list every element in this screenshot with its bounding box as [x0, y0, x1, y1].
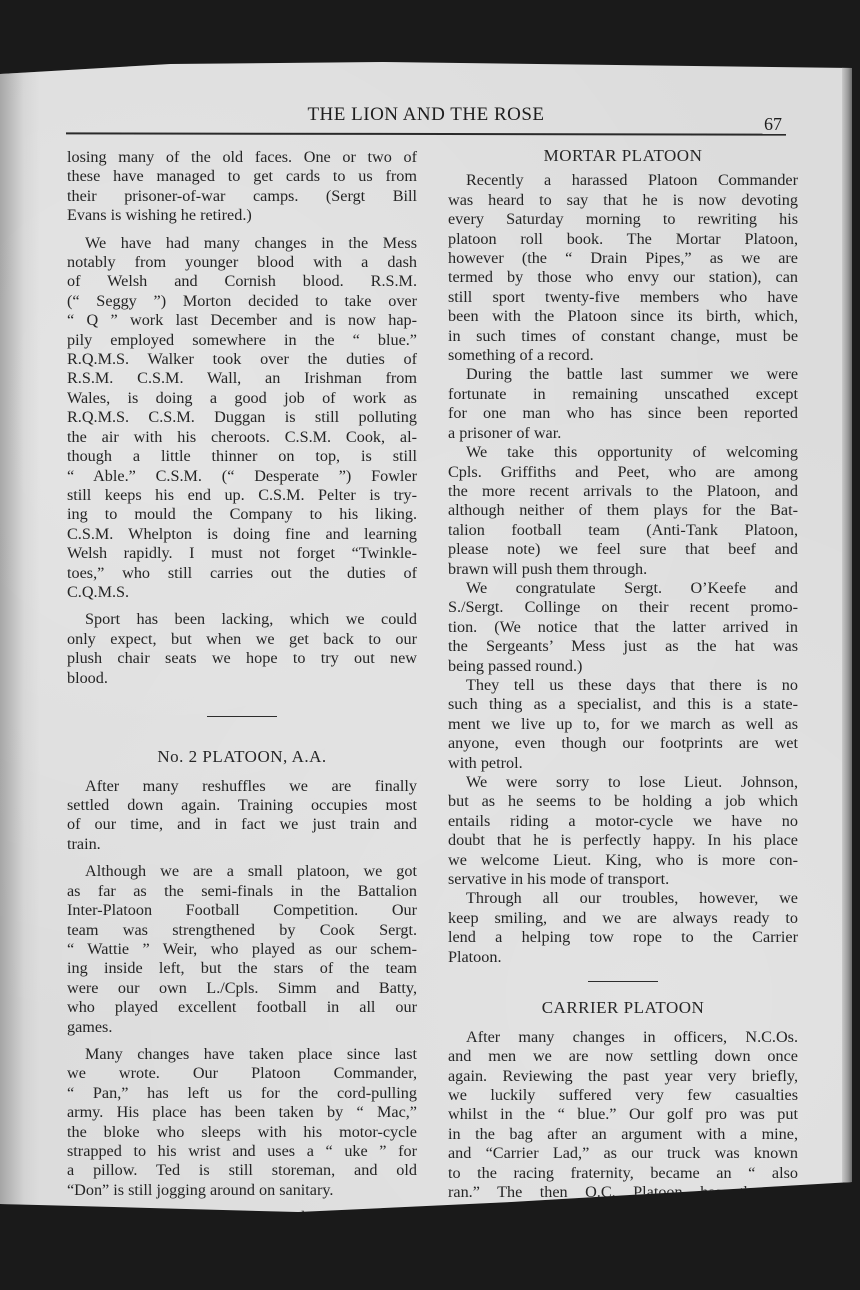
- text-line: Welsh rapidly. I must not forget “Twinkl…: [67, 544, 417, 563]
- text-line: although neither of them plays for the B…: [448, 501, 798, 520]
- text-line: whilst in the “ blue.” Our golf pro was …: [448, 1105, 798, 1124]
- text-line: Dawson, hoping they are doing well where…: [67, 1247, 417, 1266]
- text-line: army. His place has been taken by “ Mac,…: [67, 1103, 417, 1122]
- text-line: keep smiling, and we are always ready to: [448, 909, 798, 928]
- page-edge: [842, 62, 852, 1232]
- text-line: servative in his mode of transport.: [448, 870, 798, 889]
- paragraph: We take this opportunity of welcomingCpl…: [448, 443, 798, 579]
- text-line: fortunate in remaining unscathed except: [448, 385, 798, 404]
- text-line: ment we live up to, for we march as well…: [448, 715, 798, 734]
- text-line: the more recent arrivals to the Platoon,…: [448, 482, 798, 501]
- text-line: team was strengthened by Cook Sergt.: [67, 921, 417, 940]
- text-line: We have had many changes in the Mess: [67, 234, 417, 253]
- text-line: pily employed somewhere in the “ blue.”: [67, 331, 417, 350]
- text-line: losing many of the old faces. One or two…: [67, 148, 417, 167]
- left-column: losing many of the old faces. One or two…: [67, 148, 417, 1290]
- text-line: “ Pan,” has left us for the cord-pulling: [67, 1084, 417, 1103]
- text-line: C.Q.M.S.: [67, 583, 417, 602]
- paragraph: We were sorry to lose Lieut. Johnson,but…: [448, 773, 798, 889]
- text-line: the air with his cheroots. C.S.M. Cook, …: [67, 428, 417, 447]
- text-line: toes,” who still carries out the duties …: [67, 564, 417, 583]
- text-line: talion football team (Anti-Tank Platoon,: [448, 521, 798, 540]
- text-line: were our own L./Cpls. Simm and Batty,: [67, 979, 417, 998]
- section-heading: MORTAR PLATOON: [448, 146, 798, 165]
- text-line: such thing as a specialist, and this is …: [448, 695, 798, 714]
- text-line: Sergt. Charnley and L./Cpls. Simms and: [67, 1228, 417, 1247]
- paragraph: Many changes have taken place since last…: [67, 1045, 417, 1200]
- text-line: anyone, even though our footprints are w…: [448, 734, 798, 753]
- text-line: “ Able.” C.S.M. (“ Desperate ”) Fowler: [67, 467, 417, 486]
- paragraph: Sport has been lacking, which we couldon…: [67, 610, 417, 688]
- text-line: in such times of constant change, must b…: [448, 327, 798, 346]
- right-column: MORTAR PLATOON Recently a harassed Plato…: [448, 148, 798, 1261]
- text-line: platoon roll book. The Mortar Platoon,: [448, 230, 798, 249]
- text-line: still keeps his end up. C.S.M. Pelter is…: [67, 486, 417, 505]
- text-line: (“ Seggy ”) Morton decided to take over: [67, 292, 417, 311]
- text-line: blood.: [67, 669, 417, 688]
- text-line: strapped to his wrist and uses a “ uke ”…: [67, 1142, 417, 1161]
- section-heading: No. 2 PLATOON, A.A.: [67, 747, 417, 766]
- paragraph: Recently a harassed Platoon Commanderwas…: [448, 171, 798, 365]
- text-line: “ Q ” work last December and is now hap-: [67, 311, 417, 330]
- text-line: Through all our troubles, however, we: [448, 889, 798, 908]
- text-line: plush chair seats we hope to try out new: [67, 649, 417, 668]
- text-line: We take this opportunity of welcoming: [448, 443, 798, 462]
- text-line: ran.” The then O.C. Platoon has the un-: [448, 1183, 798, 1202]
- text-line: please note) we feel sure that beef and: [448, 540, 798, 559]
- section-heading: CARRIER PLATOON: [448, 998, 798, 1017]
- section-carrier-platoon: CARRIER PLATOON After many changes in of…: [448, 998, 798, 1260]
- text-line: Although we are a small platoon, we got: [67, 862, 417, 881]
- text-line: ing inside left, but the stars of the te…: [67, 959, 417, 978]
- text-line: been with the Platoon since its birth, w…: [448, 307, 798, 326]
- text-line: lend a helping tow rope to the Carrier: [448, 928, 798, 947]
- text-line: After many reshuffles we are finally: [67, 777, 417, 796]
- text-line: C.S.M. Whelpton is doing fine and learni…: [67, 525, 417, 544]
- text-line: Many changes have taken place since last: [67, 1045, 417, 1064]
- text-line: challenged distinction of being in the l…: [448, 1202, 798, 1221]
- text-line: entails riding a motor-cycle we have no: [448, 812, 798, 831]
- text-line: games.: [67, 1018, 417, 1037]
- text-line: we luckily suffered very few casualties: [448, 1086, 798, 1105]
- text-line: We congratulate Sergt. O’Keefe and: [448, 579, 798, 598]
- text-line: who played excellent football in all our: [67, 998, 417, 1017]
- paragraph: Through all our troubles, however, wekee…: [448, 889, 798, 967]
- text-line: as far as the semi-finals in the Battali…: [67, 882, 417, 901]
- paragraph: During the battle last summer we werefor…: [448, 365, 798, 443]
- text-line: ever they may be.: [67, 1266, 417, 1285]
- text-line: Sport has been lacking, which we could: [67, 610, 417, 629]
- paragraph: losing many of the old faces. One or two…: [67, 148, 417, 226]
- section-no2-platoon: No. 2 PLATOON, A.A. After many reshuffle…: [67, 747, 417, 1286]
- section-mortar-platoon: MORTAR PLATOON Recently a harassed Plato…: [448, 146, 798, 967]
- text-line: ing to mould the Company to his liking.: [67, 505, 417, 524]
- text-line: R.Q.M.S. C.S.M. Duggan is still pollutin…: [67, 408, 417, 427]
- text-line: S./Sergt. Collinge on their recent promo…: [448, 598, 798, 617]
- text-line: still sport twenty-five members who have: [448, 288, 798, 307]
- text-line: “ Wattie ” Weir, who played as our schem…: [67, 940, 417, 959]
- text-line: only expect, but when we get back to our: [67, 630, 417, 649]
- section-separator: [207, 716, 277, 717]
- header-rule: [66, 132, 786, 135]
- text-line: a pillow. Ted is still storeman, and old: [67, 1161, 417, 1180]
- text-line: doubt that he is perfectly happy. In his…: [448, 831, 798, 850]
- text-line: Platoon.: [448, 948, 798, 967]
- paragraph: After many reshuffles we are finallysett…: [67, 777, 417, 855]
- text-line: “Don” is still jogging around on sanitar…: [67, 1181, 417, 1200]
- text-line: every Saturday morning to rewriting his: [448, 210, 798, 229]
- text-line: to the racing fraternity, became an “ al…: [448, 1164, 798, 1183]
- text-line: of our time, and in fact we just train a…: [67, 815, 417, 834]
- paragraph: Although we are a small platoon, we gota…: [67, 862, 417, 1037]
- text-line: we welcome Lieut. King, who is more con-: [448, 851, 798, 870]
- text-line: During the battle last summer we were: [448, 365, 798, 384]
- text-line: was heard to say that he is now devoting: [448, 191, 798, 210]
- text-line: though a little thinner on top, is still: [67, 447, 417, 466]
- text-line: we wrote. Our Platoon Commander,: [67, 1064, 417, 1083]
- text-line: however (the “ Drain Pipes,” as we are: [448, 249, 798, 268]
- text-line: settled down again. Training occupies mo…: [67, 796, 417, 815]
- book-page: THE LION AND THE ROSE 67 losing many of …: [0, 62, 852, 1232]
- text-line: something of a record.: [448, 346, 798, 365]
- text-line: but as he seems to be holding a job whic…: [448, 792, 798, 811]
- scan-background: THE LION AND THE ROSE 67 losing many of …: [0, 0, 860, 1290]
- paragraph: We have had many changes in the Messnota…: [67, 234, 417, 603]
- page-number: 67: [764, 114, 782, 135]
- section-separator: [588, 981, 658, 982]
- text-line: with petrol.: [448, 754, 798, 773]
- text-line: They tell us these days that there is no: [448, 676, 798, 695]
- text-line: Recently a harassed Platoon Commander: [448, 171, 798, 190]
- text-line: R.Q.M.S. Walker took over the duties of: [67, 350, 417, 369]
- text-line: and “Carrier Lad,” as our truck was know…: [448, 1144, 798, 1163]
- text-line: Cpls. Griffiths and Peet, who are among: [448, 463, 798, 482]
- text-line: brawn will push them through.: [448, 560, 798, 579]
- page-gutter-shadow: [0, 62, 40, 1232]
- text-line: In closing, we send our best wishes to: [67, 1208, 417, 1227]
- text-line: After many changes in officers, N.C.Os.: [448, 1028, 798, 1047]
- text-line: the Sergeants’ Mess just as the hat was: [448, 637, 798, 656]
- running-head: THE LION AND THE ROSE 67: [66, 100, 786, 140]
- text-line: We were sorry to lose Lieut. Johnson,: [448, 773, 798, 792]
- paragraph: In closing, we send our best wishes toSe…: [67, 1208, 417, 1286]
- text-line: notably from younger blood with a dash: [67, 253, 417, 272]
- paragraph: They tell us these days that there is no…: [448, 676, 798, 773]
- text-line: Evans is wishing he retired.): [67, 206, 417, 225]
- text-line: now left us to become Adjutant.: [448, 1241, 798, 1260]
- text-line: a prisoner of war.: [448, 424, 798, 443]
- text-line: these have managed to get cards to us fr…: [67, 167, 417, 186]
- text-line: the bloke who sleeps with his motor-cycl…: [67, 1123, 417, 1142]
- text-line: Inter-Platoon Football Competition. Our: [67, 901, 417, 920]
- text-line: for one man who has since been reported: [448, 404, 798, 423]
- text-line: being passed round.): [448, 657, 798, 676]
- text-line: in the bag after an argument with a mine…: [448, 1125, 798, 1144]
- text-line: again. Reviewing the past year very brie…: [448, 1067, 798, 1086]
- text-line: Wales, is doing a good job of work as: [67, 389, 417, 408]
- paragraph: We congratulate Sergt. O’Keefe andS./Ser…: [448, 579, 798, 676]
- text-line: carrier out of Matruh in June, 1942, and…: [448, 1222, 798, 1241]
- text-line: their prisoner-of-war camps. (Sergt Bill: [67, 187, 417, 206]
- text-line: R.S.M. C.S.M. Wall, an Irishman from: [67, 369, 417, 388]
- text-line: termed by those who envy our station), c…: [448, 268, 798, 287]
- running-title: THE LION AND THE ROSE: [66, 104, 786, 126]
- paragraph: After many changes in officers, N.C.Os.a…: [448, 1028, 798, 1261]
- text-line: train.: [67, 835, 417, 854]
- text-line: and men we are now settling down once: [448, 1047, 798, 1066]
- text-line: tion. (We notice that the latter arrived…: [448, 618, 798, 637]
- mess-notes: losing many of the old faces. One or two…: [67, 148, 417, 688]
- text-line: of Welsh and Cornish blood. R.S.M.: [67, 272, 417, 291]
